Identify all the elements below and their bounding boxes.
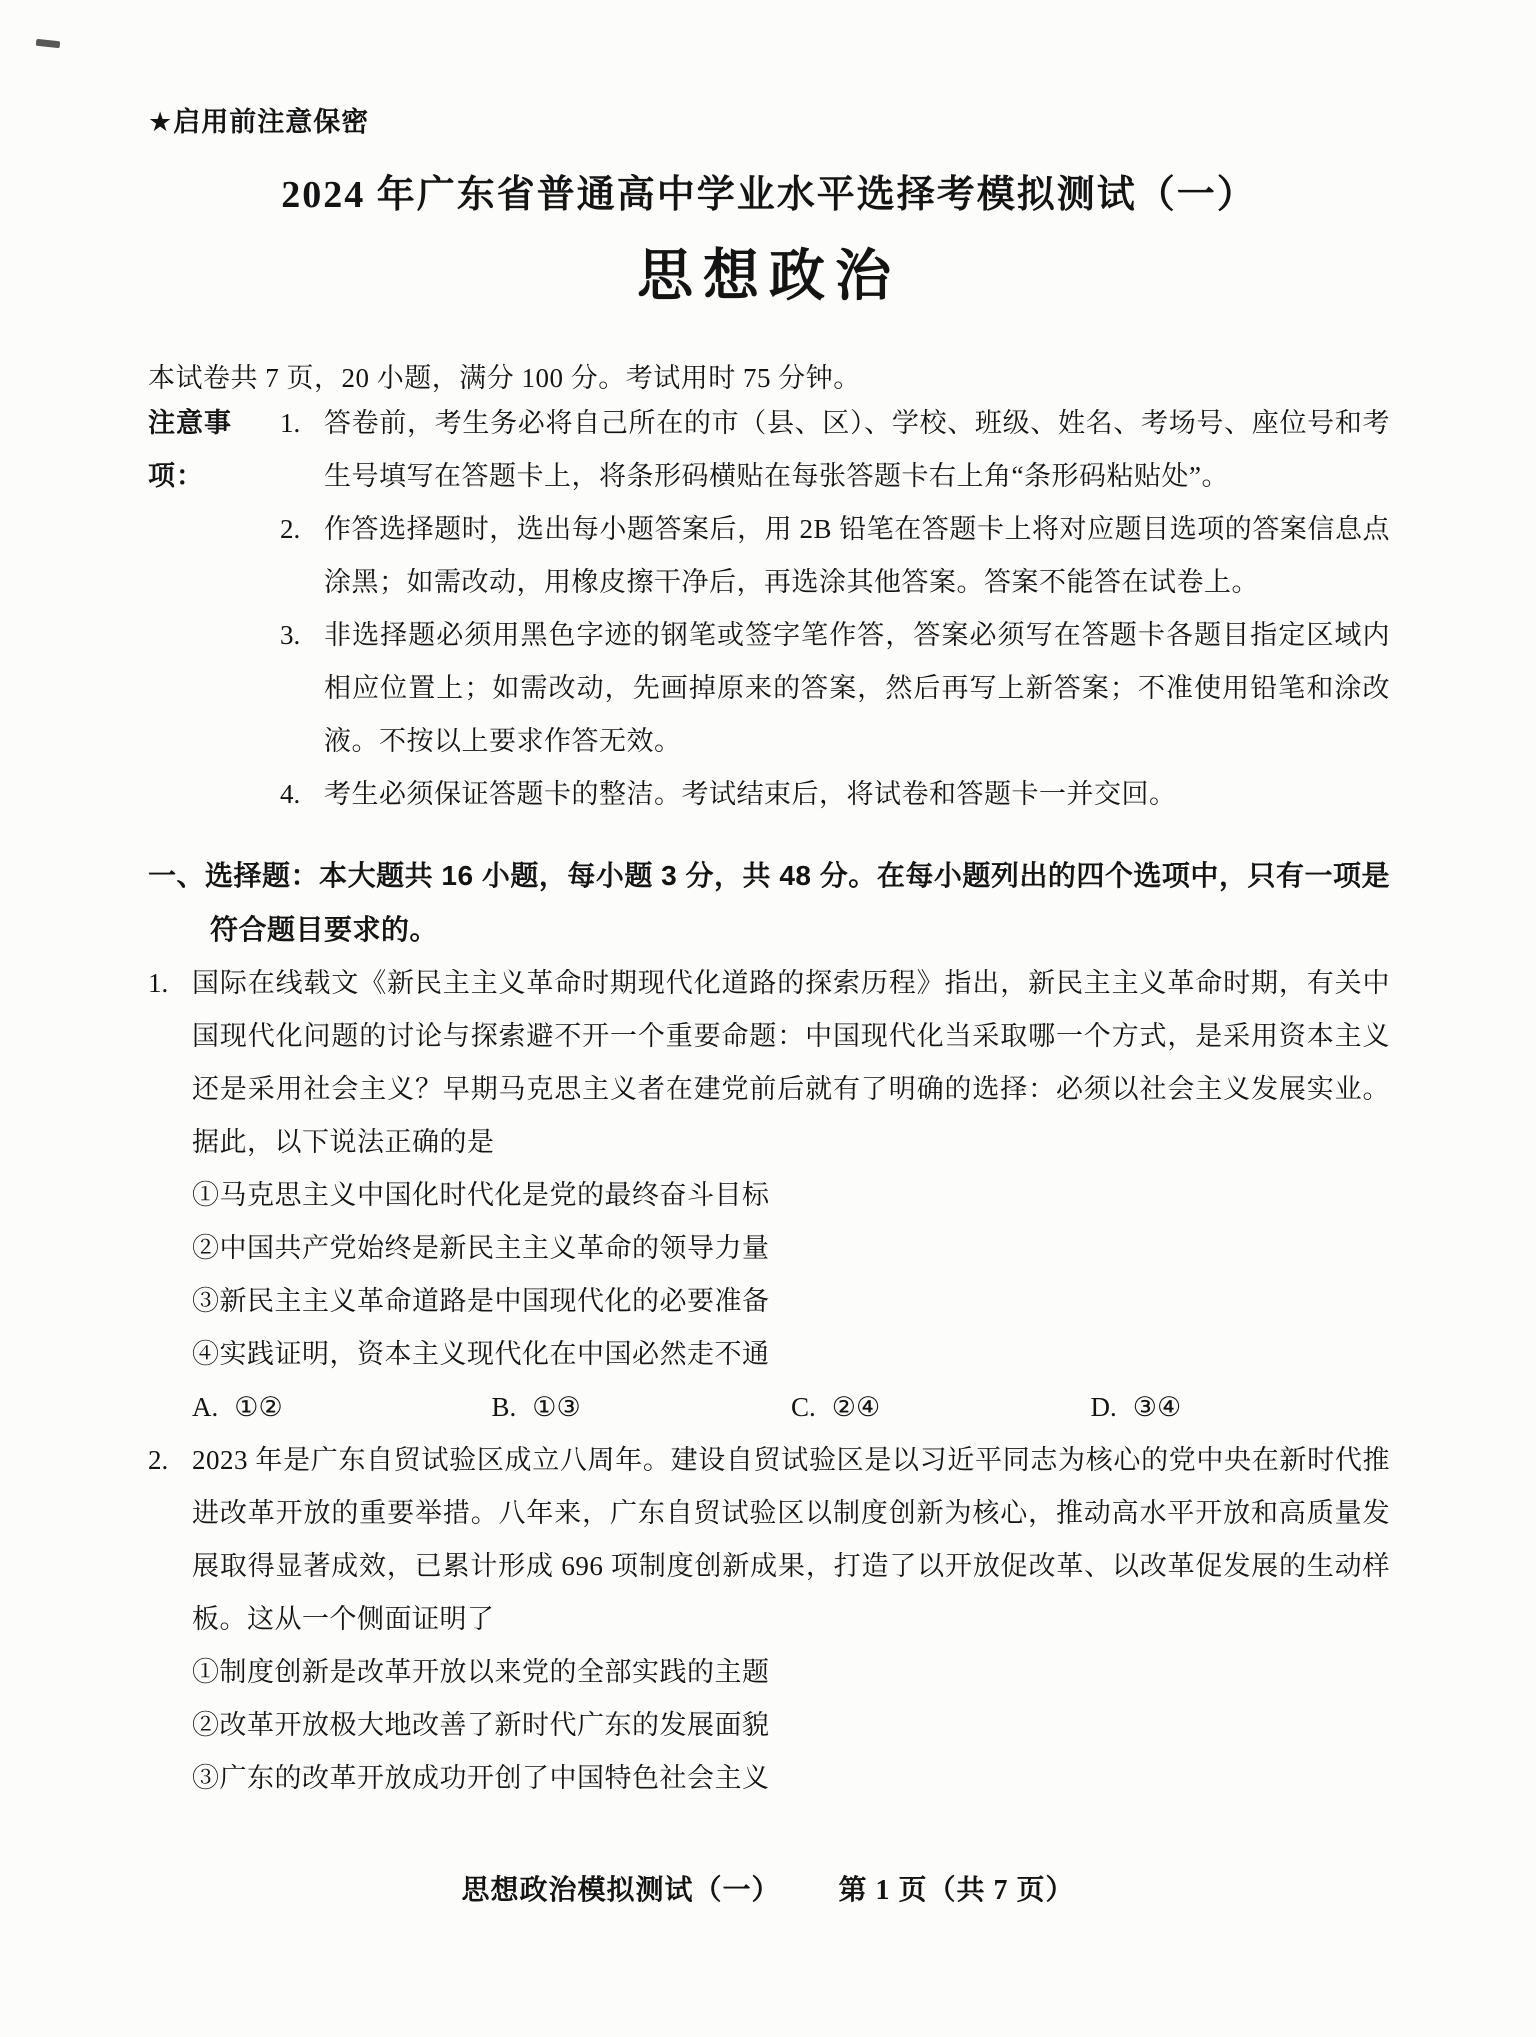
paper-info: 本试卷共 7 页，20 小题，满分 100 分。考试用时 75 分钟。 xyxy=(148,356,1390,395)
exam-paper-page: ★启用前注意保密 2024 年广东省普通高中学业水平选择考模拟测试（一） 思想政… xyxy=(0,0,1536,2037)
note-text: 考生必须保证答题卡的整洁。考试结束后，将试卷和答题卡一并交回。 xyxy=(324,768,1390,821)
option-c: C.②④ xyxy=(791,1381,1091,1434)
question-number: 2. xyxy=(148,1434,192,1805)
note-item: 注意事项： 1. 答卷前，考生务必将自己所在的市（县、区）、学校、班级、姓名、考… xyxy=(148,397,1390,503)
statement-line: ④实践证明，资本主义现代化在中国必然走不通 xyxy=(192,1328,1390,1381)
option-label: A. xyxy=(192,1392,218,1422)
note-text: 答卷前，考生务必将自己所在的市（县、区）、学校、班级、姓名、考场号、座位号和考生… xyxy=(324,397,1390,503)
statement-line: ②中国共产党始终是新民主主义革命的领导力量 xyxy=(192,1222,1390,1275)
notes-label: 注意事项： xyxy=(148,397,280,503)
question-body: 2023 年是广东自贸试验区成立八周年。建设自贸试验区是以习近平同志为核心的党中… xyxy=(192,1434,1390,1805)
question-number: 1. xyxy=(148,957,192,1434)
section-heading: 一、选择题：本大题共 16 小题，每小题 3 分，共 48 分。在每小题列出的四… xyxy=(148,849,1390,957)
option-value: ①② xyxy=(234,1392,282,1422)
option-value: ②④ xyxy=(832,1392,880,1422)
note-text: 非选择题必须用黑色字迹的钢笔或签字笔作答，答案必须写在答题卡各题目指定区域内相应… xyxy=(324,609,1390,768)
statement-line: ②改革开放极大地改善了新时代广东的发展面貌 xyxy=(192,1699,1390,1752)
exam-title: 2024 年广东省普通高中学业水平选择考模拟测试（一） xyxy=(148,163,1390,218)
option-b: B.①③ xyxy=(492,1381,792,1434)
question-body: 国际在线载文《新民主主义革命时期现代化道路的探索历程》指出，新民主主义革命时期，… xyxy=(192,957,1390,1434)
option-label: D. xyxy=(1091,1392,1117,1422)
footer-test-name: 思想政治模拟测试（一） xyxy=(461,1868,780,1908)
page-footer: 思想政治模拟测试（一） 第 1 页（共 7 页） xyxy=(0,1868,1536,1908)
question-stem: 国际在线载文《新民主主义革命时期现代化道路的探索历程》指出，新民主主义革命时期，… xyxy=(192,957,1390,1169)
option-value: ③④ xyxy=(1133,1392,1181,1422)
security-notice: ★启用前注意保密 xyxy=(148,100,1390,139)
option-label: B. xyxy=(492,1392,517,1422)
option-label: C. xyxy=(791,1392,816,1422)
option-d: D.③④ xyxy=(1091,1381,1391,1434)
note-item: 4. 考生必须保证答题卡的整洁。考试结束后，将试卷和答题卡一并交回。 xyxy=(148,768,1390,821)
note-text: 作答选择题时，选出每小题答案后，用 2B 铅笔在答题卡上将对应题目选项的答案信息… xyxy=(324,503,1390,609)
subject-title: 思想政治 xyxy=(148,232,1390,312)
statement-line: ①马克思主义中国化时代化是党的最终奋斗目标 xyxy=(192,1169,1390,1222)
question-1: 1. 国际在线载文《新民主主义革命时期现代化道路的探索历程》指出，新民主主义革命… xyxy=(148,957,1390,1434)
footer-page-number: 第 1 页（共 7 页） xyxy=(839,1868,1075,1908)
statement-line: ③新民主主义革命道路是中国现代化的必要准备 xyxy=(192,1275,1390,1328)
options-row: A.①② B.①③ C.②④ D.③④ xyxy=(192,1381,1390,1434)
statement-line: ③广东的改革开放成功开创了中国特色社会主义 xyxy=(192,1752,1390,1805)
page-content: ★启用前注意保密 2024 年广东省普通高中学业水平选择考模拟测试（一） 思想政… xyxy=(0,0,1536,1805)
statement-line: ①制度创新是改革开放以来党的全部实践的主题 xyxy=(192,1646,1390,1699)
note-number: 4. xyxy=(280,768,324,821)
option-a: A.①② xyxy=(192,1381,492,1434)
note-number: 1. xyxy=(280,397,324,503)
note-number: 2. xyxy=(280,503,324,609)
note-number: 3. xyxy=(280,609,324,768)
question-2: 2. 2023 年是广东自贸试验区成立八周年。建设自贸试验区是以习近平同志为核心… xyxy=(148,1434,1390,1805)
note-item: 2. 作答选择题时，选出每小题答案后，用 2B 铅笔在答题卡上将对应题目选项的答… xyxy=(148,503,1390,609)
notes-section: 注意事项： 1. 答卷前，考生务必将自己所在的市（县、区）、学校、班级、姓名、考… xyxy=(148,397,1390,821)
option-value: ①③ xyxy=(532,1392,580,1422)
note-item: 3. 非选择题必须用黑色字迹的钢笔或签字笔作答，答案必须写在答题卡各题目指定区域… xyxy=(148,609,1390,768)
question-stem: 2023 年是广东自贸试验区成立八周年。建设自贸试验区是以习近平同志为核心的党中… xyxy=(192,1434,1390,1646)
